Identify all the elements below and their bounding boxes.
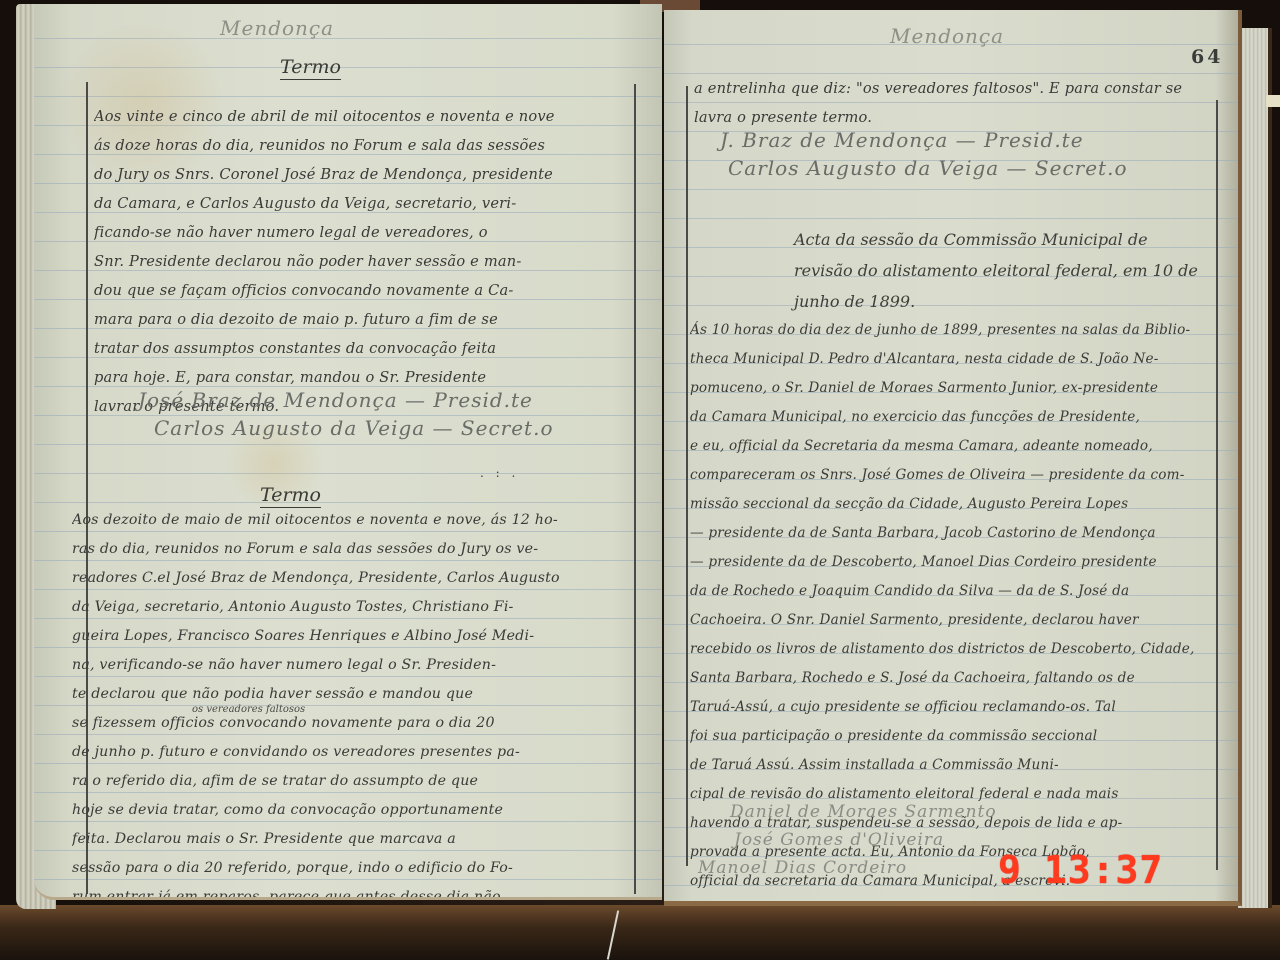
- signature: José Braz de Mendonça — Presid.te: [138, 388, 533, 412]
- text-line: recebido os livros de alistamento dos di…: [690, 635, 1195, 664]
- text-line: te declarou que não podia haver sessão e…: [72, 680, 560, 709]
- text-line: theca Municipal D. Pedro d'Alcantara, ne…: [690, 345, 1195, 374]
- text-line: rum entrar já em reparos, parece que ant…: [72, 883, 560, 900]
- text-line: Taruá-Assú, a cujo presidente se officio…: [690, 693, 1195, 722]
- signature: José Gomes d'Oliveira: [734, 830, 944, 850]
- text-line: sessão para o dia 20 referido, porque, i…: [72, 854, 560, 883]
- page-tab-marker: [1266, 95, 1280, 107]
- heading-line: Acta da sessão da Commissão Municipal de: [794, 224, 1198, 255]
- text-line: na, verificando-se não haver numero lega…: [72, 651, 560, 680]
- text-line: hoje se devia tratar, como da convocação…: [72, 796, 560, 825]
- text-line: feita. Declarou mais o Sr. Presidente qu…: [72, 825, 560, 854]
- text-line: ficando-se não haver numero legal de ver…: [94, 218, 555, 247]
- entry-body: Aos dezoito de maio de mil oitocentos e …: [72, 506, 560, 900]
- heading-line: revisão do alistamento eleitoral federal…: [794, 255, 1198, 286]
- text-line: missão seccional da secção da Cidade, Au…: [690, 490, 1195, 519]
- text-line: tratar dos assumptos constantes da convo…: [94, 334, 555, 363]
- text-line: — presidente da de Descoberto, Manoel Di…: [690, 548, 1195, 577]
- act-heading: Acta da sessão da Commissão Municipal de…: [794, 224, 1198, 317]
- text-line: se fizessem officios convocando novament…: [72, 709, 560, 738]
- book-cover-edge: [0, 905, 1280, 960]
- text-line: Ás 10 horas do dia dez de junho de 1899,…: [690, 316, 1195, 345]
- text-line: Snr. Presidente declarou não poder haver…: [94, 247, 555, 276]
- text-line: readores C.el José Braz de Mendonça, Pre…: [72, 564, 560, 593]
- text-line: dou que se façam officios convocando nov…: [94, 276, 555, 305]
- text-line: pomuceno, o Sr. Daniel de Moraes Sarment…: [690, 374, 1195, 403]
- signature: Carlos Augusto da Veiga — Secret.o: [728, 156, 1128, 180]
- text-line: Aos vinte e cinco de abril de mil oitoce…: [94, 102, 555, 131]
- text-line: ras do dia, reunidos no Forum e sala das…: [72, 535, 560, 564]
- ink-marks: . : .: [480, 466, 519, 480]
- text-line: de Taruá Assú. Assim installada a Commis…: [690, 751, 1195, 780]
- left-margin-rule: [686, 86, 688, 866]
- continuation-text: a entrelinha que diz: "os vereadores fal…: [694, 74, 1182, 132]
- text-line: a entrelinha que diz: "os vereadores fal…: [694, 74, 1182, 103]
- entry-title: Termo: [260, 484, 321, 506]
- text-line: ra o referido dia, afim de se tratar do …: [72, 767, 560, 796]
- running-head: Mendonça: [890, 24, 1004, 48]
- timestamp-day: 9: [998, 848, 1022, 892]
- text-line: — presidente da de Santa Barbara, Jacob …: [690, 519, 1195, 548]
- right-page: Mendonça 64 a entrelinha que diz: "os ve…: [664, 10, 1242, 906]
- text-line: gueira Lopes, Francisco Soares Henriques…: [72, 622, 560, 651]
- heading-line: junho de 1899.: [794, 286, 1198, 317]
- left-page: Mendonça Termo Aos vinte e cinco de abri…: [34, 4, 662, 900]
- timestamp-time: 13:37: [1044, 848, 1163, 892]
- camera-timestamp: 913:37: [998, 848, 1163, 892]
- signature: Manoel Dias Cordeiro: [698, 858, 907, 878]
- text-line: compareceram os Snrs. José Gomes de Oliv…: [690, 461, 1195, 490]
- text-line: da de Rochedo e Joaquim Candido da Silva…: [690, 577, 1195, 606]
- right-margin-rule: [634, 84, 636, 894]
- text-line: Santa Barbara, Rochedo e S. José da Cach…: [690, 664, 1195, 693]
- right-page-stack: [1238, 28, 1272, 908]
- text-line: foi sua participação o presidente da com…: [690, 722, 1195, 751]
- text-line: de junho p. futuro e convidando os verea…: [72, 738, 560, 767]
- text-line: da Camara Municipal, no exercicio das fu…: [690, 403, 1195, 432]
- text-line: do Jury os Snrs. Coronel José Braz de Me…: [94, 160, 555, 189]
- signature: Daniel de Moraes Sarmento: [730, 802, 997, 822]
- text-line: mara para o dia dezoito de maio p. futur…: [94, 305, 555, 334]
- text-line: Cachoeira. O Snr. Daniel Sarmento, presi…: [690, 606, 1195, 635]
- text-line: ás doze horas do dia, reunidos no Forum …: [94, 131, 555, 160]
- running-head: Mendonça: [220, 16, 334, 40]
- text-line: Aos dezoito de maio de mil oitocentos e …: [72, 506, 560, 535]
- text-line: da Veiga, secretario, Antonio Augusto To…: [72, 593, 560, 622]
- entry-body: Aos vinte e cinco de abril de mil oitoce…: [94, 102, 555, 421]
- signature: J. Braz de Mendonça — Presid.te: [720, 128, 1084, 152]
- text-line: e eu, official da Secretaria da mesma Ca…: [690, 432, 1195, 461]
- signature: Carlos Augusto da Veiga — Secret.o: [154, 416, 554, 440]
- text-line: da Camara, e Carlos Augusto da Veiga, se…: [94, 189, 555, 218]
- right-margin-rule: [1216, 100, 1218, 870]
- page-number: 64: [1191, 46, 1223, 68]
- entry-title: Termo: [280, 56, 341, 78]
